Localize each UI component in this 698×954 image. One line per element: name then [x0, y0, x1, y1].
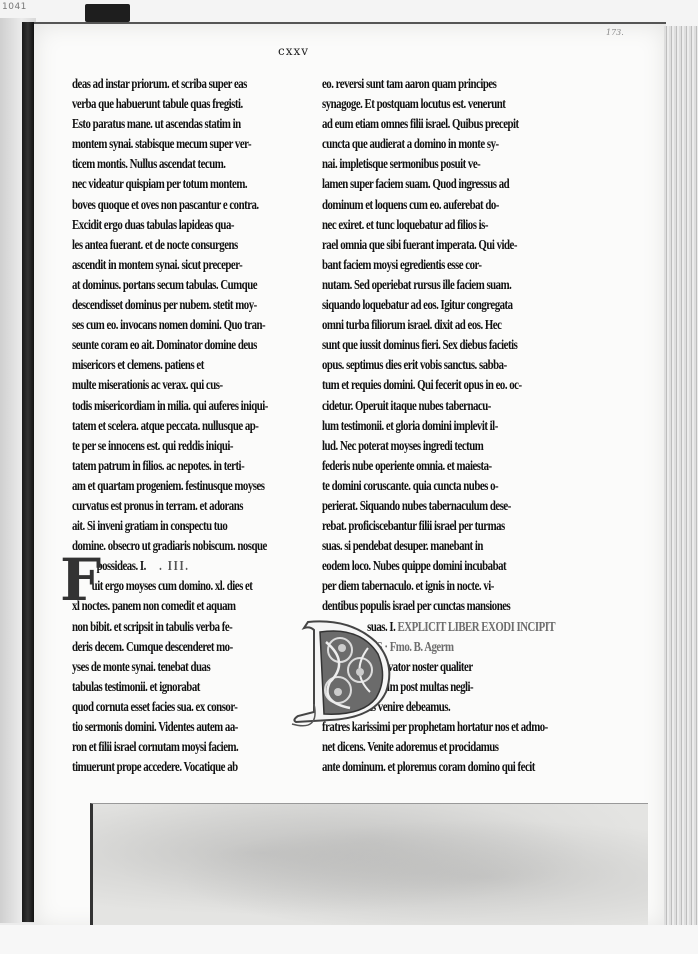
text-line: todis misericordiam in milia. qui aufere…	[72, 396, 268, 416]
text-line: eo. reversi sunt tam aaron quam principe…	[322, 74, 555, 94]
text-line: opus. septimus dies erit vobis sanctus. …	[322, 355, 555, 375]
text-line: nec videatur quispiam per totum montem.	[72, 174, 268, 194]
text-line: tatem patrum in filios. ac nepotes. in t…	[72, 456, 268, 476]
text-line: deris decem. Cumque descenderet mo-	[72, 637, 268, 657]
text-line: eodem loco. Nubes quippe domini incubaba…	[322, 556, 555, 576]
text-line: suas. si pendebat desuper. manebant in	[322, 536, 555, 556]
text-line: ticem montis. Nullus ascendat tecum.	[72, 154, 268, 174]
text-line: at dominus. portans secum tabulas. Cumqu…	[72, 275, 268, 295]
repaired-lower-margin	[90, 803, 648, 926]
text-line: descendisset dominus per nubem. stetit m…	[72, 295, 268, 315]
text-line: non bibit. et scripsit in tabulis verba …	[72, 617, 268, 637]
text-line: bant faciem moysi egredientis esse cor-	[322, 255, 555, 275]
text-line: ses cum eo. invocans nomen domini. Quo t…	[72, 315, 268, 335]
text-line: ron et filii israel cornutam moysi facie…	[72, 737, 268, 757]
left-text-column: deas ad instar priorum. et scriba super …	[72, 74, 268, 777]
text-line: lum testimonii. et gloria domini implevi…	[322, 416, 555, 436]
text-line: rebat. proficiscebantur filii israel per…	[322, 516, 555, 536]
text-line: sunt que iussit dominus fieri. Sex diebu…	[322, 335, 555, 355]
historiated-initial-d: D	[290, 612, 398, 730]
text-line: am et quartam progeniem. festinusque moy…	[72, 476, 268, 496]
text-line: ad eum etiam omnes filii israel. Quibus …	[322, 114, 555, 134]
text-line: siquando loquebatur ad eos. Igitur congr…	[322, 295, 555, 315]
text-line: curvatus est pronus in terram. et adoran…	[72, 496, 268, 516]
chapter-number: . III.	[159, 558, 190, 573]
text-line: quod cornuta esset facies sua. ex consor…	[72, 697, 268, 717]
text-line: tatem et scelera. atque peccata. nullusq…	[72, 416, 268, 436]
text-line: timuerunt prope accedere. Vocatique ab	[72, 757, 268, 777]
text-line: montem synai. stabisque mecum super ver-	[72, 134, 268, 154]
text-line: synagoge. Et postquam locutus est. vener…	[322, 94, 555, 114]
text-line: ascendit in montem synai. sicut preceper…	[72, 255, 268, 275]
text-line: te per se innocens est. qui reddis iniqu…	[72, 436, 268, 456]
text-line: domine. obsecro ut gradiaris nobiscum. n…	[72, 536, 268, 556]
text-line: deas ad instar priorum. et scriba super …	[72, 74, 268, 94]
text-line: verba que habuerunt tabule quas fregisti…	[72, 94, 268, 114]
text-line: nec exiret. et tunc loquebatur ad filios…	[322, 215, 555, 235]
book-gutter	[22, 22, 34, 922]
text-line: net dicens. Venite adoremus et procidamu…	[322, 737, 555, 757]
text-line: tabulas testimonii. et ignorabat	[72, 677, 268, 697]
text-line: tio sermonis domini. Videntes autem aa-	[72, 717, 268, 737]
text-line: cidetur. Operuit itaque nubes tabernacu-	[322, 396, 555, 416]
decorated-d-icon	[290, 612, 398, 730]
text-line: cuncta que audierat a domino in monte sy…	[322, 134, 555, 154]
text-line: uit ergo moyses cum domino. xl. dies et	[72, 576, 268, 596]
text-line: xl noctes. panem non comedit et aquam	[72, 596, 268, 616]
text-line: dominum et loquens cum eo. auferebat do-	[322, 195, 555, 215]
text-line: misericors et clemens. patiens et	[72, 355, 268, 375]
text-line: ait. Si inveni gratiam in conspectu tuo	[72, 516, 268, 536]
manuscript-photograph: 1041 cxxv 173. deas ad instar priorum. e…	[0, 0, 698, 954]
text-line: omni turba filiorum israel. dixit ad eos…	[322, 315, 555, 335]
text-line: federis nube operiente omnia. et maiesta…	[322, 456, 555, 476]
text-line: perierat. Siquando nubes tabernaculum de…	[322, 496, 555, 516]
text-line: yses de monte synai. tenebat duas	[72, 657, 268, 677]
text-line: multe miserationis ac verax. qui cus-	[72, 375, 268, 395]
chapter-end-text: possideas. I.	[97, 558, 146, 573]
page-fore-edge	[664, 26, 698, 931]
binding-tab	[85, 4, 130, 22]
text-line: nutam. Sed operiebat rursus ille faciem …	[322, 275, 555, 295]
chapter-end-line: possideas. I. . III.	[72, 556, 268, 576]
folio-number: 173.	[606, 28, 624, 37]
text-line: lamen super faciem suam. Quod ingressus …	[322, 174, 555, 194]
text-line: seunte coram eo ait. Dominator domine de…	[72, 335, 268, 355]
text-line: lud. Nec poterat moyses ingredi tectum	[322, 436, 555, 456]
initial-letter-f: F	[60, 548, 84, 612]
text-line: ante dominum. et ploremus coram domino q…	[322, 757, 555, 777]
text-line: Excidit ergo duas tabulas lapideas qua-	[72, 215, 268, 235]
photo-background	[0, 925, 698, 954]
running-header: cxxv	[278, 44, 309, 58]
text-line: les antea fuerant. et de nocte consurgen…	[72, 235, 268, 255]
shelfmark-label: 1041	[2, 2, 27, 12]
text-line: nai. impletisque sermonibus posuit ve-	[322, 154, 555, 174]
text-line: boves quoque et oves non pascantur e con…	[72, 195, 268, 215]
text-line: tum et requies domini. Qui fecerit opus …	[322, 375, 555, 395]
text-line: rael omnia que sibi fuerant imperata. Qu…	[322, 235, 555, 255]
text-line: Esto paratus mane. ut ascendas statim in	[72, 114, 268, 134]
explicit-rubric: EXPLICIT LIBER EXODI INCIPIT	[398, 619, 556, 634]
text-line: per diem tabernaculo. et ignis in nocte.…	[322, 576, 555, 596]
text-line: te domini coruscante. quia cuncta nubes …	[322, 476, 555, 496]
